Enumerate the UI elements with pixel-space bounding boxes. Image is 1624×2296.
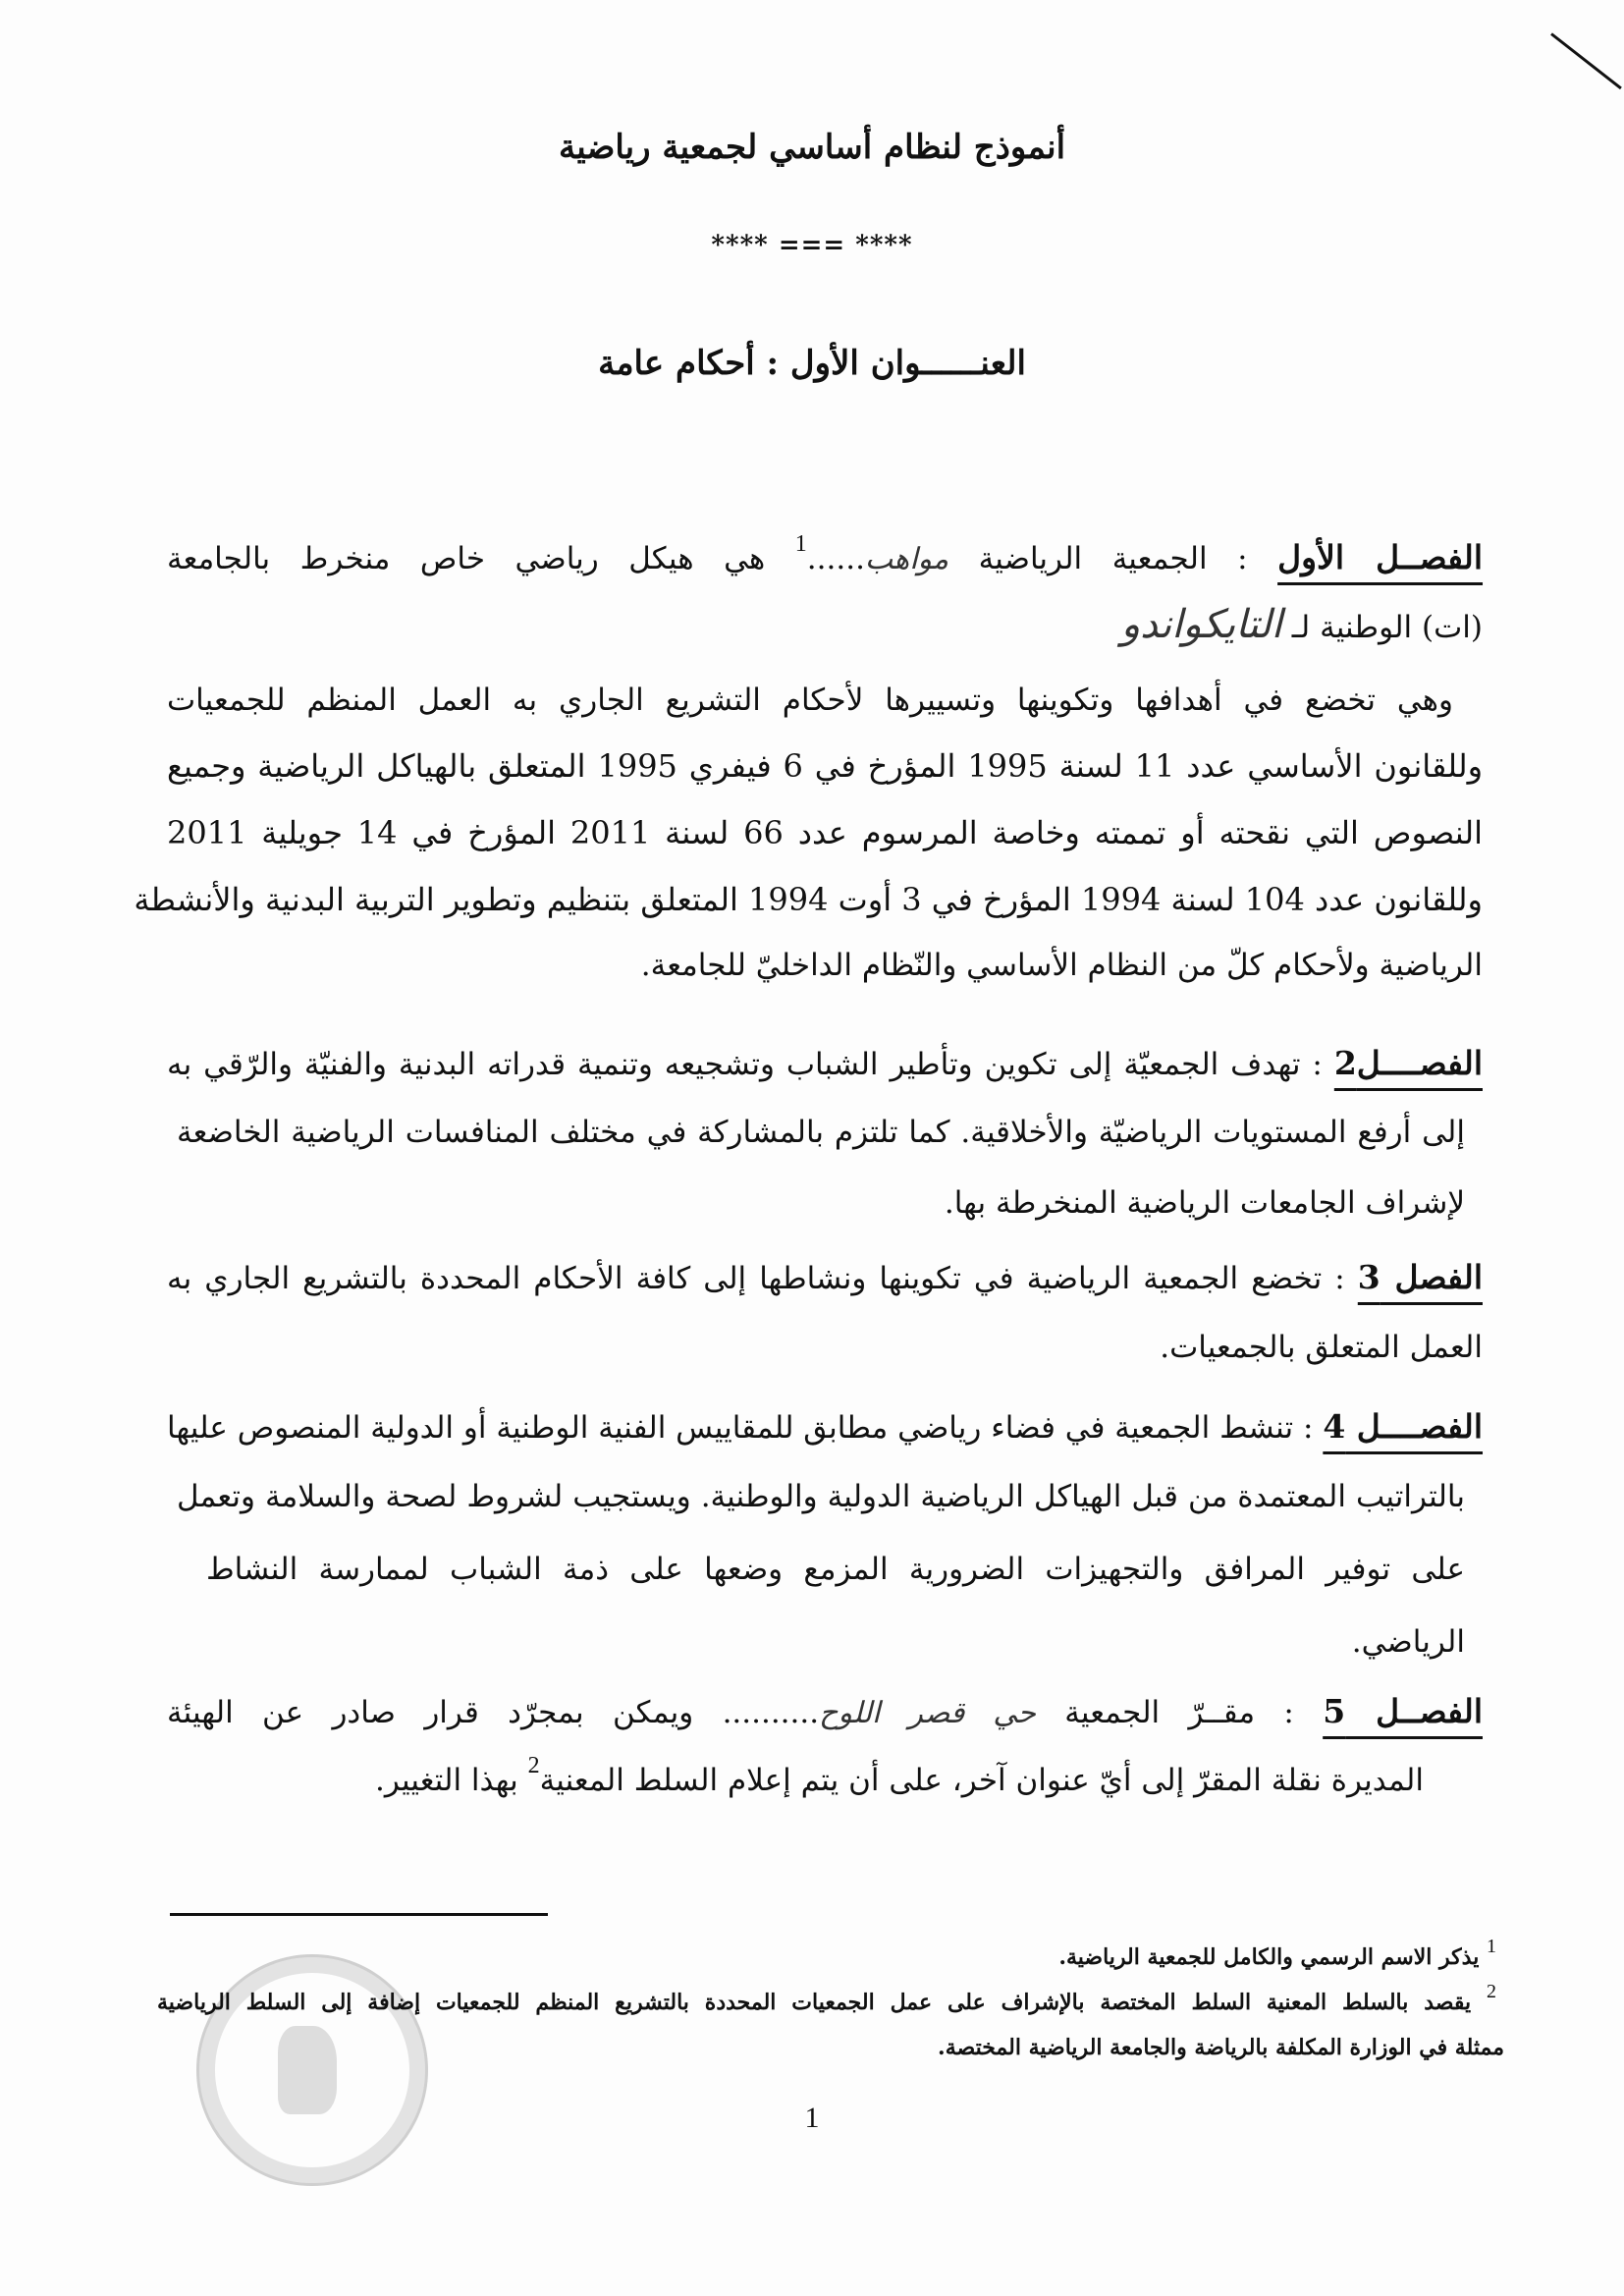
footnote-2: 2 يقصد بالسلط المعنية السلط المختصة بالإ…	[157, 1980, 1504, 2025]
section-heading: العنــــــوان الأول : أحكام عامة	[0, 344, 1624, 383]
article-4: الفصــــل 4 : تنشط الجمعية في فضاء رياضي…	[167, 1394, 1483, 1678]
article-2: الفصــــل2 : تهدف الجمعيّة إلى تكوين وتأ…	[167, 1031, 1483, 1238]
article-1-line-2: (ات) الوطنية لـ التايكواندو	[167, 592, 1483, 660]
separator: **** === ****	[0, 231, 1624, 260]
article-1-body: وهي تخضع في أهدافها وتكوينها وتسييرها لأ…	[167, 668, 1483, 998]
handwritten-club-name: مواهب	[865, 542, 948, 576]
document-title: أنموذج لنظام أساسي لجمعية رياضية	[0, 128, 1624, 167]
handwritten-address: حي قصر اللوح	[819, 1696, 1036, 1730]
article-1: الفصــل الأول : الجمعية الرياضية مواهب..…	[167, 525, 1483, 660]
document-page: أنموذج لنظام أساسي لجمعية رياضية **** ==…	[0, 0, 1624, 2296]
article-label: الفصــــل2	[1334, 1044, 1483, 1082]
footnote-divider	[170, 1913, 548, 1916]
footnote-ref: 1	[795, 531, 807, 557]
article-label: الفصــل 5	[1323, 1692, 1483, 1730]
article-label: الفصــل الأول	[1277, 538, 1483, 576]
article-1-line-1: الفصــل الأول : الجمعية الرياضية مواهب..…	[167, 525, 1483, 592]
article-5: الفصــل 5 : مقــرّ الجمعية حي قصر اللوح.…	[167, 1679, 1483, 1815]
footnote-2-cont: ممثلة في الوزارة المكلفة بالرياضة والجام…	[157, 2025, 1504, 2070]
handwritten-federation: التايكواندو	[1121, 602, 1282, 647]
footnotes: 1 يذكر الاسم الرسمي والكامل للجمعية الري…	[157, 1935, 1504, 2070]
article-label: الفصــــل 4	[1323, 1407, 1483, 1446]
page-number: 1	[0, 2102, 1624, 2135]
pen-mark	[1550, 32, 1622, 89]
article-label: الفصل 3	[1358, 1258, 1483, 1296]
footnote-1: 1 يذكر الاسم الرسمي والكامل للجمعية الري…	[157, 1935, 1504, 1980]
footnote-ref: 2	[528, 1753, 540, 1778]
article-3: الفصل 3 : تخضع الجمعية الرياضية في تكوين…	[167, 1245, 1483, 1384]
